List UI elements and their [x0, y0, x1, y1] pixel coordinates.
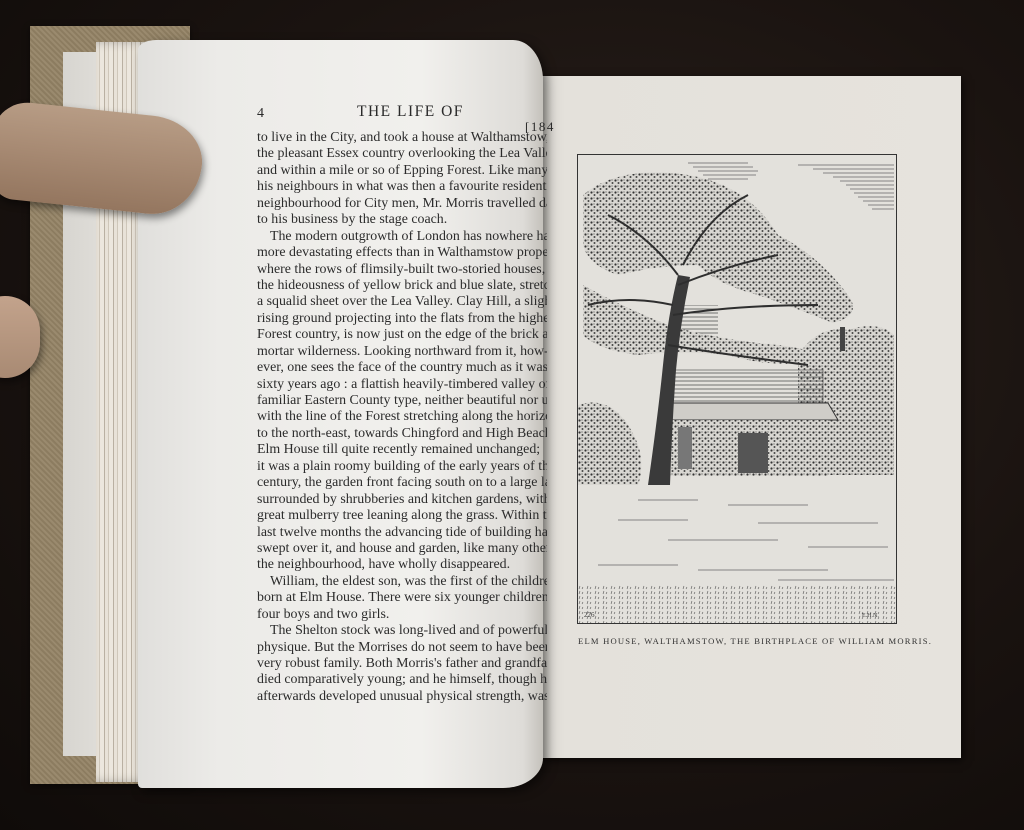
text-line: and within a mile or so of Epping Forest…: [257, 163, 547, 179]
running-title: THE LIFE OF: [357, 103, 464, 121]
text-line: familiar Eastern County type, neither be…: [257, 393, 547, 409]
text-line: very robust family. Both Morris's father…: [257, 656, 547, 672]
text-line: to his business by the stage coach.: [257, 212, 547, 228]
text-line: swept over it, and house and garden, lik…: [257, 541, 547, 557]
body-text: to live in the City, and took a house at…: [257, 130, 547, 705]
text-line: sixty years ago : a flattish heavily-tim…: [257, 377, 547, 393]
text-line: mortar wilderness. Looking northward fro…: [257, 344, 547, 360]
text-line: ever, one sees the face of the country m…: [257, 360, 547, 376]
text-line: to the north-east, towards Chingford and…: [257, 426, 547, 442]
text-line: where the rows of flimsily-built two-sto…: [257, 262, 547, 278]
plate-caption: ELM HOUSE, WALTHAMSTOW, THE BIRTHPLACE O…: [578, 636, 898, 646]
text-line: the neighbourhood, have wholly disappear…: [257, 557, 547, 573]
text-line: The Shelton stock was long-lived and of …: [257, 623, 547, 639]
text-line: Elm House till quite recently remained u…: [257, 442, 547, 458]
text-line: Forest country, is now just on the edge …: [257, 327, 547, 343]
engraving-tree-house-icon: 226 E.H.N.: [578, 155, 896, 623]
text-line: last twelve months the advancing tide of…: [257, 525, 547, 541]
text-line: with the line of the Forest stretching a…: [257, 409, 547, 425]
text-line: century, the garden front facing south o…: [257, 475, 547, 491]
text-line: the hideousness of yellow brick and blue…: [257, 278, 547, 294]
text-line: four boys and two girls.: [257, 607, 547, 623]
text-line: it was a plain roomy building of the ear…: [257, 459, 547, 475]
text-line: born at Elm House. There were six younge…: [257, 590, 547, 606]
text-line: great mulberry tree leaning along the gr…: [257, 508, 547, 524]
page-number: 4: [257, 106, 266, 122]
text-line: afterwards developed unusual physical st…: [257, 689, 547, 705]
text-line: surrounded by shrubberies and kitchen ga…: [257, 492, 547, 508]
text-line: neighbourhood for City men, Mr. Morris t…: [257, 196, 547, 212]
text-line: a squalid sheet over the Lea Valley. Cla…: [257, 294, 547, 310]
text-line: physique. But the Morrises do not seem t…: [257, 640, 547, 656]
text-line: rising ground projecting into the flats …: [257, 311, 547, 327]
artist-initials-left: 226: [584, 611, 595, 619]
text-line: more devastating effects than in Waltham…: [257, 245, 547, 261]
text-line: The modern outgrowth of London has nowhe…: [257, 229, 547, 245]
text-line: his neighbours in what was then a favour…: [257, 179, 547, 195]
text-line: the pleasant Essex country overlooking t…: [257, 146, 547, 162]
text-line: William, the eldest son, was the first o…: [257, 574, 547, 590]
illustration-elm-house: 226 E.H.N.: [577, 154, 897, 624]
artist-initials-right: E.H.N.: [862, 613, 879, 619]
text-line: died comparatively young; and he himself…: [257, 672, 547, 688]
text-line: to live in the City, and took a house at…: [257, 130, 547, 146]
